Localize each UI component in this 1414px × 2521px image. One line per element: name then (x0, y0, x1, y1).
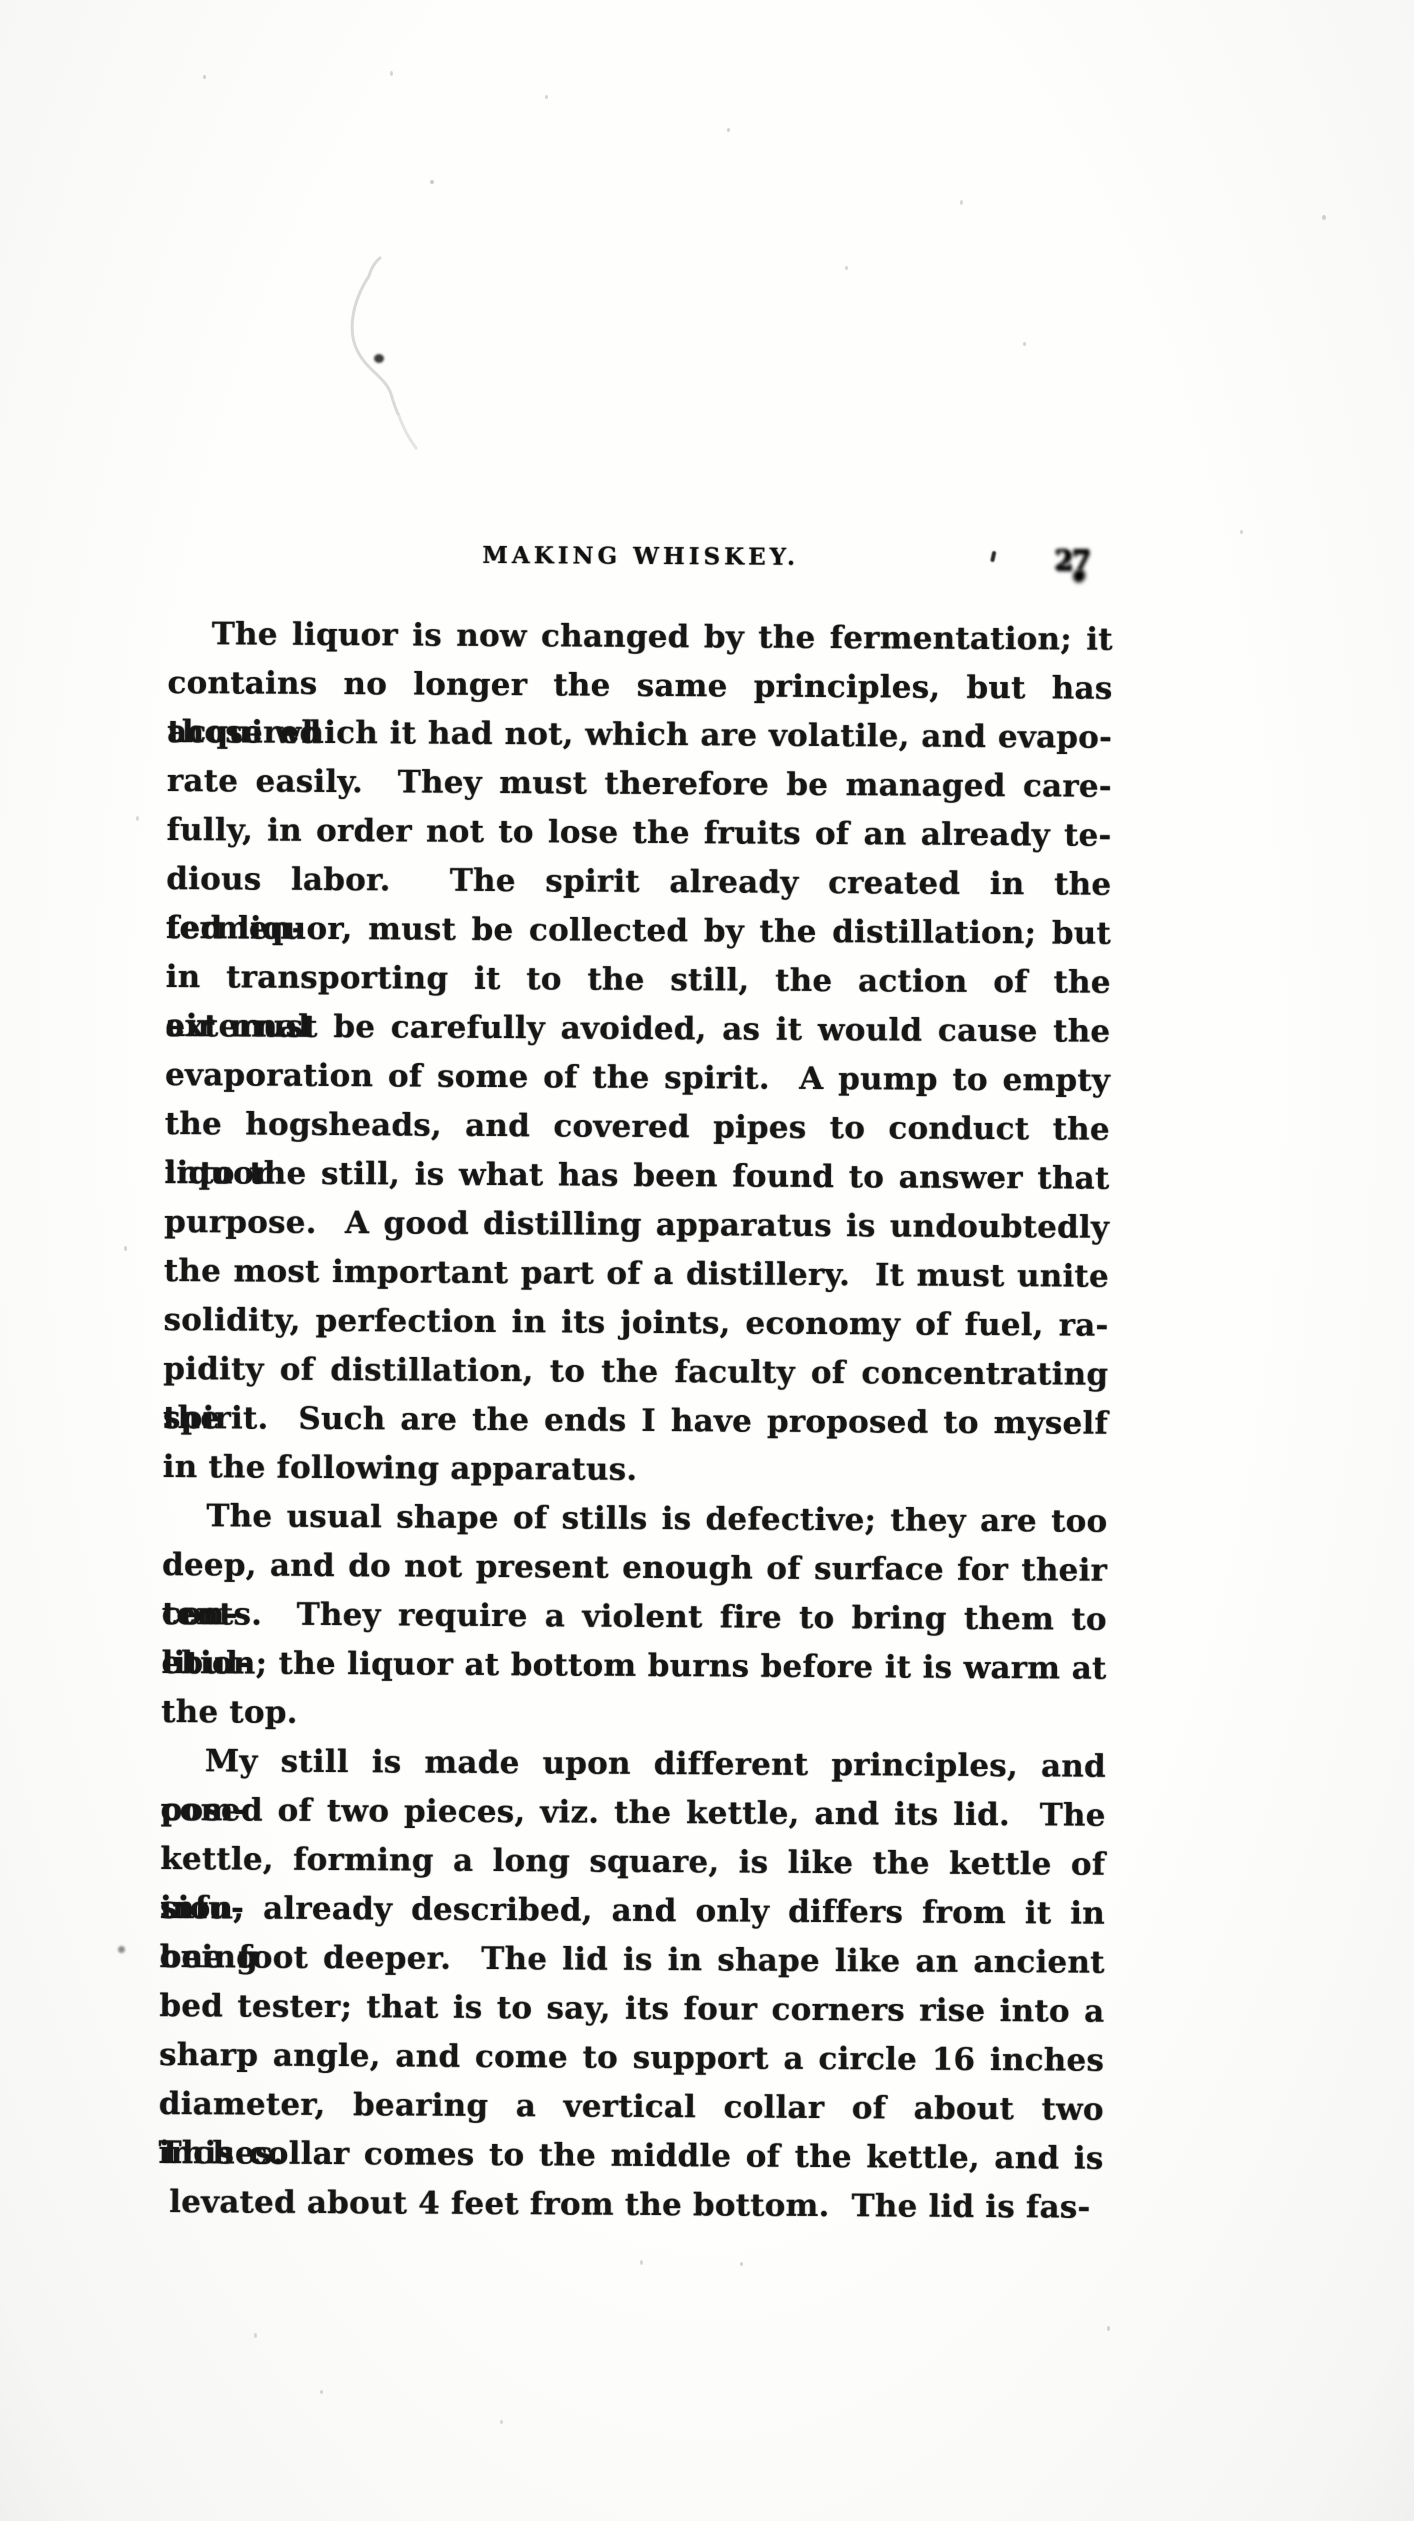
text-line: This collar comes to the middle of the k… (158, 2129, 1103, 2184)
text-line: those which it had not, which are volati… (167, 708, 1112, 763)
text-line: into the still, is what has been found t… (164, 1149, 1109, 1204)
dust-speck (320, 2390, 323, 2394)
dust-speck (136, 816, 139, 821)
text-line: evaporation of some of the spirit. A pum… (165, 1051, 1110, 1106)
text-line: diameter, bearing a vertical collar of a… (159, 2080, 1104, 2135)
ink-smudge (1073, 570, 1085, 583)
text-line: The liquor is now changed by the ferment… (168, 610, 1113, 665)
text-line: contains no longer the same principles, … (167, 659, 1112, 714)
text-line: rate easily. They must therefore be mana… (167, 757, 1112, 812)
text-line: lition; the liquor at bottom burns befor… (161, 1639, 1106, 1694)
text-line: ted liquor, must be collected by the dis… (166, 904, 1111, 959)
dust-speck (640, 2260, 643, 2265)
dust-speck (545, 95, 548, 99)
text-line: the hogsheads, and covered pipes to cond… (165, 1100, 1110, 1155)
text-line: posed of two pieces, viz. the kettle, an… (160, 1786, 1105, 1841)
paragraph: The liquor is now changed by the ferment… (163, 610, 1113, 1498)
dust-speck (254, 2333, 257, 2338)
margin-speck (118, 1946, 125, 1953)
dust-speck (845, 266, 848, 270)
running-title: MAKING WHISKEY. (168, 540, 1113, 573)
ink-blot (374, 354, 384, 363)
dust-speck (1023, 342, 1026, 346)
page-content: MAKING WHISKEY. 27 The liquor is now cha… (0, 0, 1414, 2521)
dust-speck (430, 180, 434, 184)
paragraph: The usual shape of stills is defective; … (161, 1492, 1107, 1743)
dust-speck (390, 71, 393, 76)
text-line: dious labor. The spirit already created … (166, 855, 1111, 910)
dust-speck (1240, 530, 1243, 534)
dust-speck (203, 75, 206, 79)
book-page: MAKING WHISKEY. 27 The liquor is now cha… (0, 0, 1414, 2521)
dust-speck (740, 2262, 743, 2266)
text-line: My still is made upon different principl… (161, 1737, 1106, 1792)
text-line: levated about 4 feet from the bottom. Th… (158, 2178, 1103, 2233)
text-line: bed tester; that is to say, its four cor… (159, 1982, 1104, 2037)
text-line: the most important part of a distillery.… (164, 1247, 1109, 1302)
dust-speck (1107, 2326, 1110, 2331)
text-line: sion, already described, and only differ… (160, 1884, 1105, 1939)
text-line: the top. (161, 1688, 1106, 1743)
dust-speck (124, 1246, 127, 1251)
text-line: spirit. Such are the ends I have propose… (163, 1394, 1108, 1449)
text-line: sharp angle, and come to support a circl… (159, 2031, 1104, 2086)
text-line: air must be carefully avoided, as it wou… (165, 1002, 1110, 1057)
text-line: kettle, forming a long square, is like t… (160, 1835, 1105, 1890)
dust-speck (1322, 215, 1326, 220)
text-line: solidity, perfection in its joints, econ… (163, 1296, 1108, 1351)
body-text: The liquor is now changed by the ferment… (158, 610, 1113, 2233)
text-line: in the following apparatus. (163, 1443, 1108, 1498)
text-line: tents. They require a violent fire to br… (162, 1590, 1107, 1645)
dust-speck (960, 200, 963, 205)
dust-speck (500, 2420, 503, 2424)
text-line: pidity of distillation, to the faculty o… (163, 1345, 1108, 1400)
text-line: deep, and do not present enough of surfa… (162, 1541, 1107, 1596)
text-line: purpose. A good distilling apparatus is … (164, 1198, 1109, 1253)
page-header: MAKING WHISKEY. 27 (168, 540, 1113, 588)
text-line: The usual shape of stills is defective; … (162, 1492, 1107, 1547)
paragraph: My still is made upon different principl… (158, 1737, 1106, 2233)
dust-speck (727, 128, 730, 132)
text-line: fully, in order not to lose the fruits o… (166, 806, 1111, 861)
text-line: one foot deeper. The lid is in shape lik… (160, 1933, 1105, 1988)
text-line: in transporting it to the still, the act… (166, 953, 1111, 1008)
